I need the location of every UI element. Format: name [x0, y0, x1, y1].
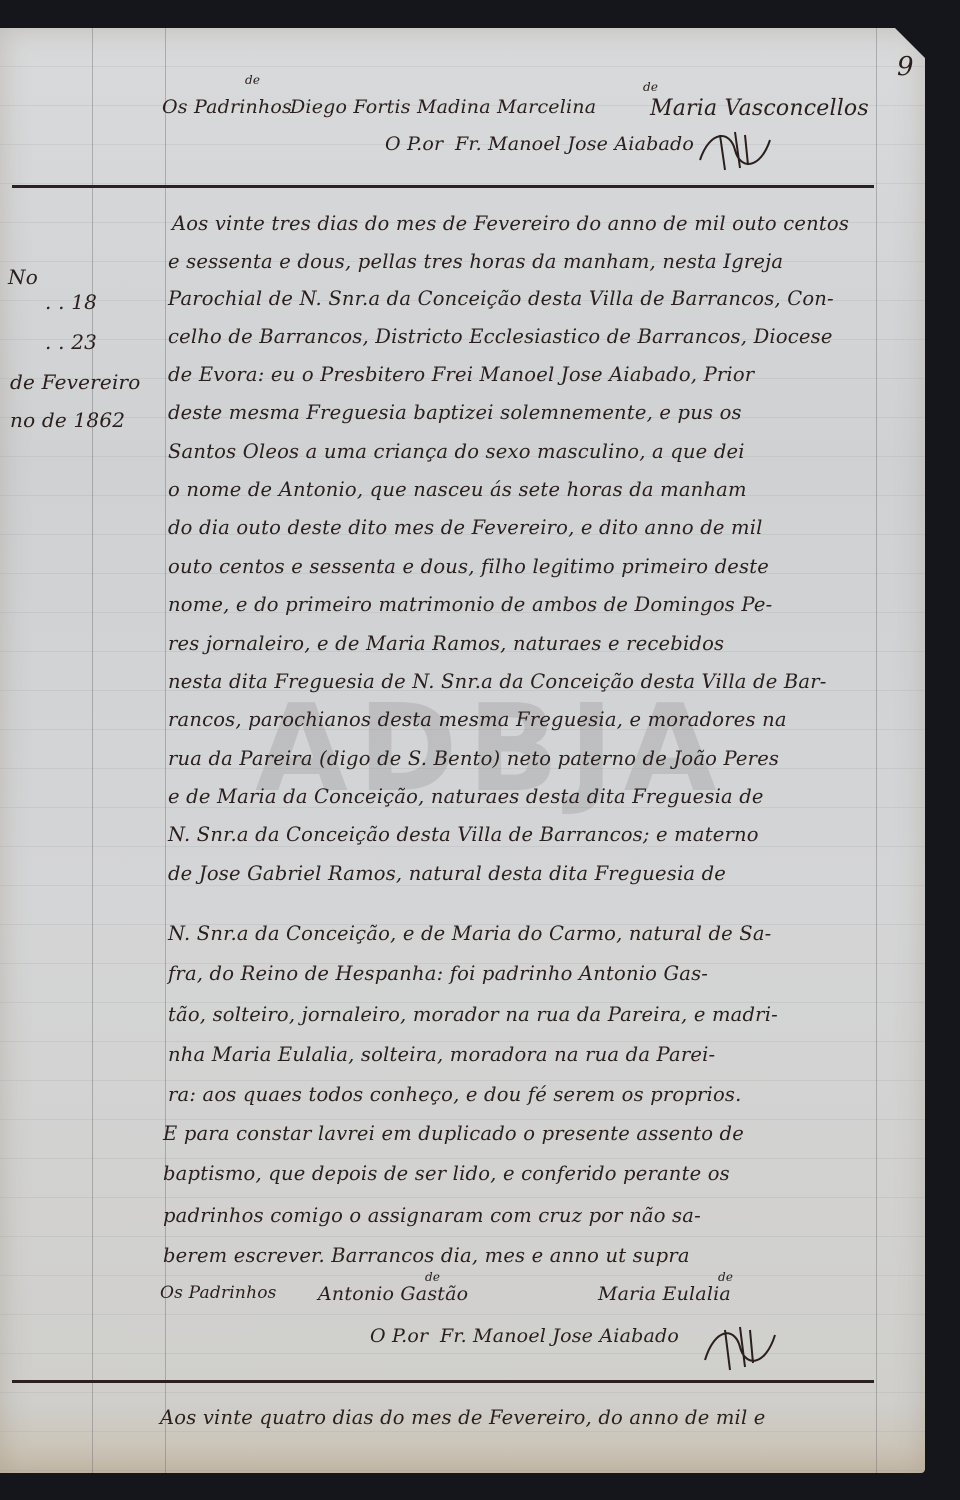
entry-number: . . 18 — [45, 290, 97, 314]
entry-line: berem escrever. Barrancos dia, mes e ann… — [163, 1244, 690, 1267]
priest-title: O P.or — [370, 1325, 428, 1347]
entry-line: rua da Pareira (digo de S. Bento) neto p… — [168, 747, 779, 770]
entry-line: nesta dita Freguesia de N. Snr.a da Conc… — [168, 670, 827, 693]
entry-line: de Jose Gabriel Ramos, natural desta dit… — [168, 862, 726, 885]
entry-line: deste mesma Freguesia baptizei solemneme… — [168, 401, 742, 424]
godparents-label: Os Padrinhos — [160, 1283, 277, 1303]
entry-divider — [12, 185, 874, 188]
godfather-signature: Diego Fortis Madina Marcelina — [290, 96, 596, 118]
entry-line: rancos, parochianos desta mesma Freguesi… — [168, 708, 787, 731]
entry-line: Santos Oleos a uma criança do sexo mascu… — [168, 440, 745, 463]
entry-line: E para constar lavrei em duplicado o pre… — [163, 1122, 744, 1145]
entry-line: do dia outo deste dito mes de Fevereiro,… — [168, 516, 763, 539]
entry-line: e sessenta e dous, pellas tres horas da … — [168, 250, 783, 273]
entry-line: de Evora: eu o Presbitero Frei Manoel Jo… — [168, 363, 754, 386]
entry-line: Parochial de N. Snr.a da Conceição desta… — [168, 287, 834, 310]
godmother-signature: Maria Vasconcellos — [650, 96, 869, 121]
entry-line: outo centos e sessenta e dous, filho leg… — [168, 555, 769, 578]
entry-line: nome, e do primeiro matrimonio de ambos … — [168, 593, 772, 616]
godmother-cross-signature: Maria Eulalia — [598, 1283, 731, 1305]
de-superscript: de — [643, 80, 658, 94]
entry-line: celho de Barrancos, Districto Ecclesiast… — [168, 325, 833, 348]
entry-line: e de Maria da Conceição, naturaes desta … — [168, 785, 764, 808]
godparents-label: Os Padrinhos — [162, 96, 292, 118]
signature-flourish-icon — [695, 1315, 785, 1375]
entry-line: nha Maria Eulalia, solteira, moradora na… — [168, 1043, 715, 1066]
entry-year: no de 1862 — [10, 408, 125, 432]
entry-day: . . 23 — [45, 330, 97, 354]
godfather-cross-signature: Antonio Gastão — [318, 1283, 468, 1305]
entry-line: padrinhos comigo o assignaram com cruz p… — [163, 1204, 701, 1227]
entry-line: N. Snr.a da Conceição desta Villa de Bar… — [168, 823, 759, 846]
priest-signature: Fr. Manoel Jose Aiabado — [455, 133, 694, 155]
de-superscript: de — [245, 73, 260, 87]
entry-line: o nome de Antonio, que nasceu ás sete ho… — [168, 478, 747, 501]
margin-rule — [876, 28, 877, 1473]
next-entry-line: Aos vinte quatro dias do mes de Fevereir… — [160, 1406, 766, 1429]
entry-line: res jornaleiro, e de Maria Ramos, natura… — [168, 632, 724, 655]
entry-line: Aos vinte tres dias do mes de Fevereiro … — [172, 212, 849, 235]
entry-line: fra, do Reino de Hespanha: foi padrinho … — [168, 962, 708, 985]
page-number: 9 — [897, 52, 914, 82]
de-superscript: de — [425, 1270, 440, 1284]
entry-line: baptismo, que depois de ser lido, e conf… — [163, 1162, 730, 1185]
entry-month: de Fevereiro — [10, 370, 141, 394]
margin-rule — [92, 28, 93, 1473]
entry-divider — [12, 1380, 874, 1383]
entry-line: ra: aos quaes todos conheço, e dou fé se… — [168, 1083, 742, 1106]
entry-line: tão, solteiro, jornaleiro, morador na ru… — [168, 1003, 778, 1026]
priest-title: O P.or — [385, 133, 443, 155]
de-superscript: de — [718, 1270, 733, 1284]
entry-line: N. Snr.a da Conceição, e de Maria do Car… — [168, 922, 771, 945]
priest-signature: Fr. Manoel Jose Aiabado — [440, 1325, 679, 1347]
signature-flourish-icon — [690, 120, 780, 175]
margin-no: No — [8, 265, 38, 289]
